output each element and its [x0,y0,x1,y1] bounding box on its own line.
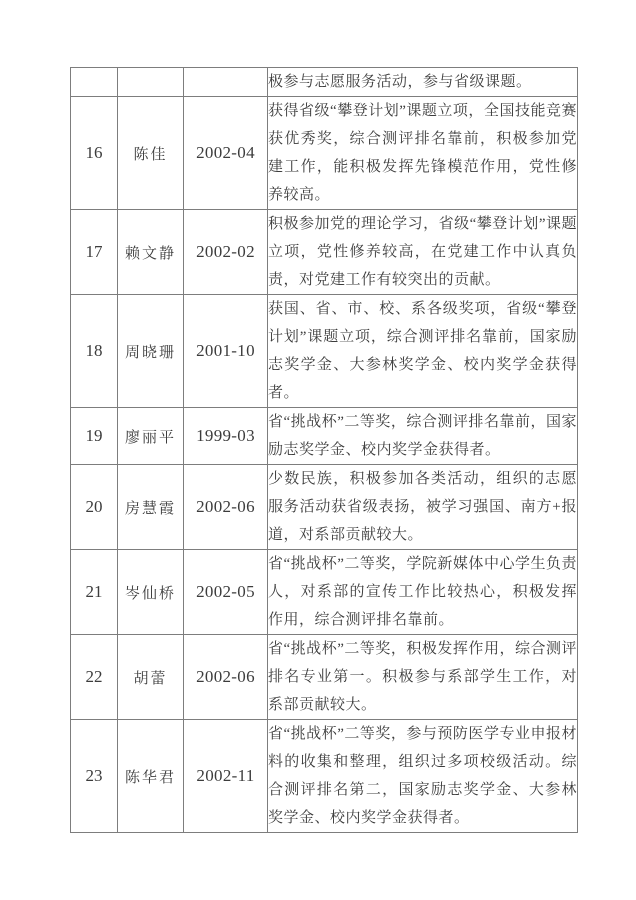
row-number-cell: 20 [71,465,118,550]
description-cell: 少数民族，积极参加各类活动，组织的志愿服务活动获省级表扬，被学习强国、南方+报道… [268,465,578,550]
table-row-continuation: 极参与志愿服务活动，参与省级课题。 [71,68,578,97]
name-cell: 胡蕾 [118,635,184,720]
table-row-22: 22 胡蕾 2002-06 省“挑战杯”二等奖，积极发挥作用，综合测评排名专业第… [71,635,578,720]
description-cell: 省“挑战杯”二等奖，积极发挥作用，综合测评排名专业第一。积极参与系部学生工作，对… [268,635,578,720]
date-cell: 2002-02 [184,210,268,295]
row-number-cell: 16 [71,97,118,210]
name-cell [118,68,184,97]
table-row-20: 20 房慧霞 2002-06 少数民族，积极参加各类活动，组织的志愿服务活动获省… [71,465,578,550]
description-cell: 省“挑战杯”二等奖，学院新媒体中心学生负责人，对系部的宣传工作比较热心，积极发挥… [268,550,578,635]
name-cell: 赖文静 [118,210,184,295]
table-row-16: 16 陈佳 2002-04 获得省级“攀登计划”课题立项，全国技能竞赛获优秀奖，… [71,97,578,210]
row-number-cell: 22 [71,635,118,720]
row-number-cell: 18 [71,295,118,408]
date-cell: 2001-10 [184,295,268,408]
date-cell [184,68,268,97]
name-cell: 房慧霞 [118,465,184,550]
table-row-17: 17 赖文静 2002-02 积极参加党的理论学习，省级“攀登计划”课题立项，党… [71,210,578,295]
description-cell: 极参与志愿服务活动，参与省级课题。 [268,68,578,97]
date-cell: 2002-06 [184,635,268,720]
row-number-cell: 17 [71,210,118,295]
row-number-cell [71,68,118,97]
table-row-18: 18 周晓珊 2001-10 获国、省、市、校、系各级奖项，省级“攀登计划”课题… [71,295,578,408]
description-cell: 获得省级“攀登计划”课题立项，全国技能竞赛获优秀奖，综合测评排名靠前，积极参加党… [268,97,578,210]
name-cell: 陈佳 [118,97,184,210]
name-cell: 周晓珊 [118,295,184,408]
table-row-21: 21 岑仙桥 2002-05 省“挑战杯”二等奖，学院新媒体中心学生负责人，对系… [71,550,578,635]
row-number-cell: 23 [71,720,118,833]
date-cell: 1999-03 [184,408,268,465]
table-row-19: 19 廖丽平 1999-03 省“挑战杯”二等奖，综合测评排名靠前，国家励志奖学… [71,408,578,465]
date-cell: 2002-11 [184,720,268,833]
description-cell: 省“挑战杯”二等奖，参与预防医学专业申报材料的收集和整理，组织过多项校级活动。综… [268,720,578,833]
table-row-23: 23 陈华君 2002-11 省“挑战杯”二等奖，参与预防医学专业申报材料的收集… [71,720,578,833]
date-cell: 2002-04 [184,97,268,210]
row-number-cell: 21 [71,550,118,635]
records-table: 极参与志愿服务活动，参与省级课题。 16 陈佳 2002-04 获得省级“攀登计… [70,67,578,833]
name-cell: 廖丽平 [118,408,184,465]
row-number-cell: 19 [71,408,118,465]
name-cell: 岑仙桥 [118,550,184,635]
date-cell: 2002-05 [184,550,268,635]
description-cell: 省“挑战杯”二等奖，综合测评排名靠前，国家励志奖学金、校内奖学金获得者。 [268,408,578,465]
name-cell: 陈华君 [118,720,184,833]
description-cell: 获国、省、市、校、系各级奖项，省级“攀登计划”课题立项，综合测评排名靠前，国家励… [268,295,578,408]
date-cell: 2002-06 [184,465,268,550]
description-cell: 积极参加党的理论学习，省级“攀登计划”课题立项，党性修养较高，在党建工作中认真负… [268,210,578,295]
document-page: 极参与志愿服务活动，参与省级课题。 16 陈佳 2002-04 获得省级“攀登计… [70,67,578,833]
